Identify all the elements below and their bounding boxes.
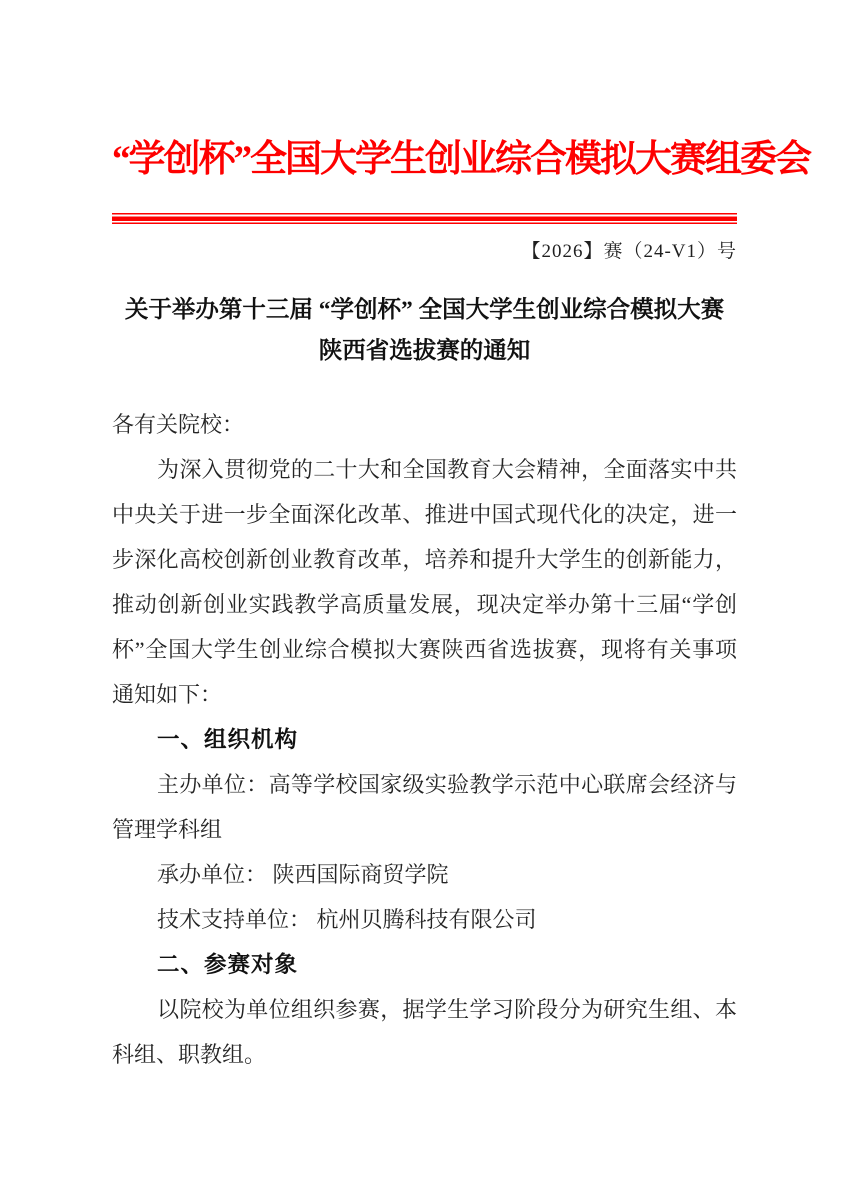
document-number: 【2026】赛（24-V1）号 [112,237,737,267]
notice-body: 各有关院校： 为深入贯彻党的二十大和全国教育大会精神，全面落实中共 中央关于进一… [112,402,737,1077]
section-heading-organization: 一、组织机构 [112,717,737,762]
section-heading-participants: 二、参赛对象 [112,942,737,987]
notice-title-line-2: 陕西省选拔赛的通知 [112,331,737,372]
participants-line: 以院校为单位组织参赛，据学生学习阶段分为研究生组、本 [112,987,737,1032]
host-unit-line-continued: 管理学科组 [112,807,737,852]
organizer-unit-line: 承办单位： 陕西国际商贸学院 [112,852,737,897]
paragraph-line: 杯”全国大学生创业综合模拟大赛陕西省选拔赛，现将有关事项 [112,627,737,672]
salutation-line: 各有关院校： [112,402,737,447]
paragraph-line: 通知如下： [112,672,737,717]
red-divider-rule [112,213,737,224]
document-page: “学创杯”全国大学生创业综合模拟大赛组委会 【2026】赛（24-V1）号 关于… [0,0,848,1200]
paragraph-line: 为深入贯彻党的二十大和全国教育大会精神，全面落实中共 [112,447,737,492]
participants-line-continued: 科组、职教组。 [112,1032,737,1077]
notice-title-line-1: 关于举办第十三届 “学创杯” 全国大学生创业综合模拟大赛 [112,290,737,331]
paragraph-line: 步深化高校创新创业教育改革，培养和提升大学生的创新能力， [112,537,737,582]
host-unit-line: 主办单位：高等学校国家级实验教学示范中心联席会经济与 [112,762,737,807]
notice-title: 关于举办第十三届 “学创杯” 全国大学生创业综合模拟大赛 陕西省选拔赛的通知 [112,290,737,372]
organization-header-title: “学创杯”全国大学生创业综合模拟大赛组委会 [112,134,737,186]
paragraph-line: 推动创新创业实践教学高质量发展，现决定举办第十三届“学创 [112,582,737,627]
paragraph-line: 中央关于进一步全面深化改革、推进中国式现代化的决定，进一 [112,492,737,537]
technical-support-unit-line: 技术支持单位： 杭州贝腾科技有限公司 [112,897,737,942]
